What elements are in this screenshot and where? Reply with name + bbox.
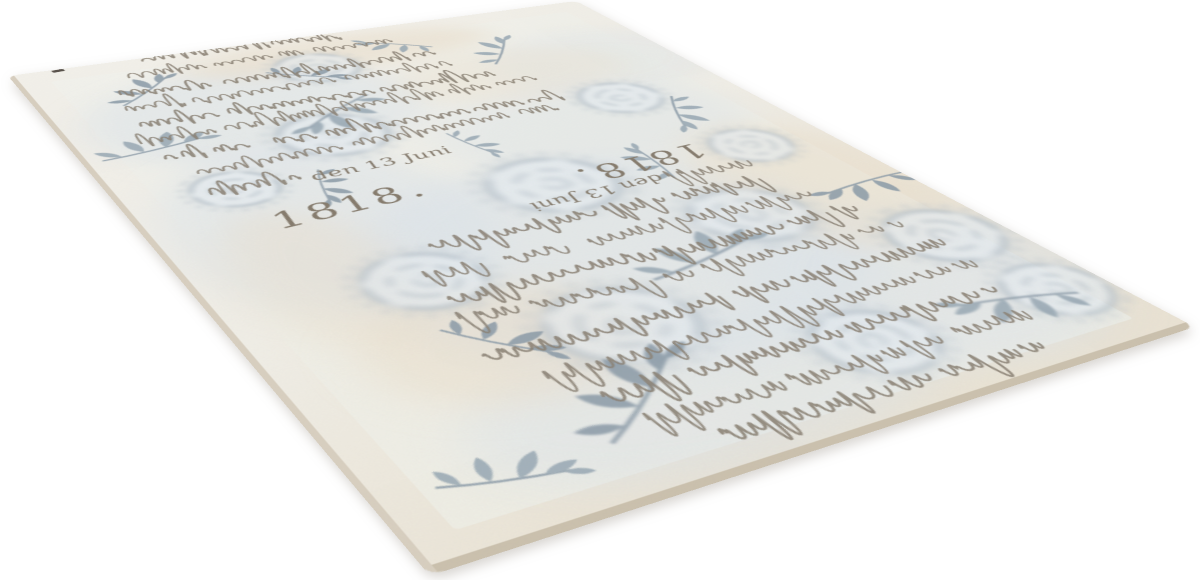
- rug-artwork: den 13 Juni 1818. den 13 Juni 1818.: [8, 1, 1195, 576]
- rug-shadow: den 13 Juni 1818. den 13 Juni 1818.: [0, 0, 1200, 580]
- rug-photo: den 13 Juni 1818. den 13 Juni 1818.: [8, 1, 1195, 576]
- rug-texture: [8, 1, 1195, 576]
- photo-canvas: den 13 Juni 1818. den 13 Juni 1818.: [0, 0, 1200, 580]
